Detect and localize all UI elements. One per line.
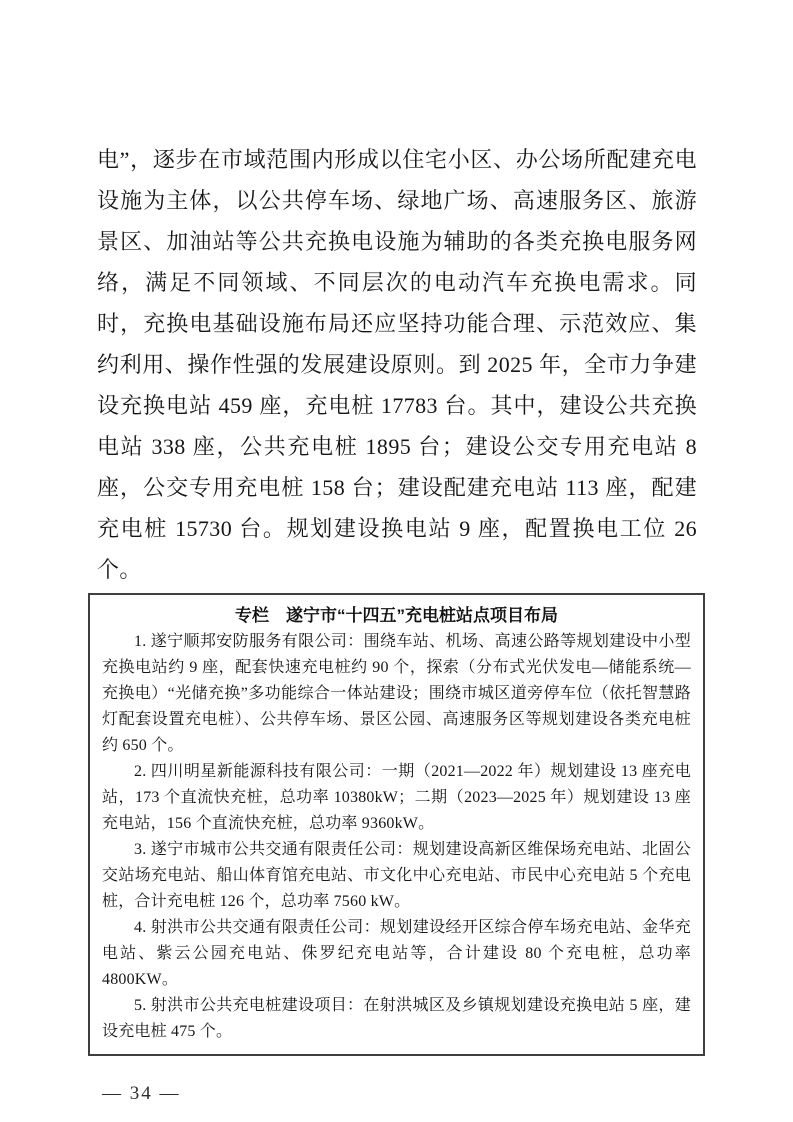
callout-item: 2. 四川明星新能源科技有限公司：一期（2021—2022 年）规划建设 13 …: [102, 759, 691, 837]
page-number: — 34 —: [102, 1083, 705, 1105]
body-paragraph: 电”，逐步在市域范围内形成以住宅小区、办公场所配建充电设施为主体，以公共停车场、…: [97, 139, 697, 590]
callout-box: 专栏 遂宁市“十四五”充电桩站点项目布局 1. 遂宁顺邦安防服务有限公司：围绕车…: [88, 593, 705, 1056]
callout-item: 1. 遂宁顺邦安防服务有限公司：围绕车站、机场、高速公路等规划建设中小型充换电站…: [102, 629, 691, 759]
page-content: 电”，逐步在市域范围内形成以住宅小区、办公场所配建充电设施为主体，以公共停车场、…: [0, 0, 793, 1105]
document-page: 电”，逐步在市域范围内形成以住宅小区、办公场所配建充电设施为主体，以公共停车场、…: [0, 0, 793, 1122]
callout-item: 5. 射洪市公共充电桩建设项目：在射洪城区及乡镇规划建设充换电站 5 座，建设充…: [102, 993, 691, 1045]
callout-box-title: 专栏 遂宁市“十四五”充电桩站点项目布局: [102, 602, 691, 629]
callout-item: 3. 遂宁市城市公共交通有限责任公司：规划建设高新区维保场充电站、北固公交站场充…: [102, 837, 691, 915]
callout-item: 4. 射洪市公共交通有限责任公司：规划建设经开区综合停车场充电站、金华充电站、紫…: [102, 915, 691, 993]
